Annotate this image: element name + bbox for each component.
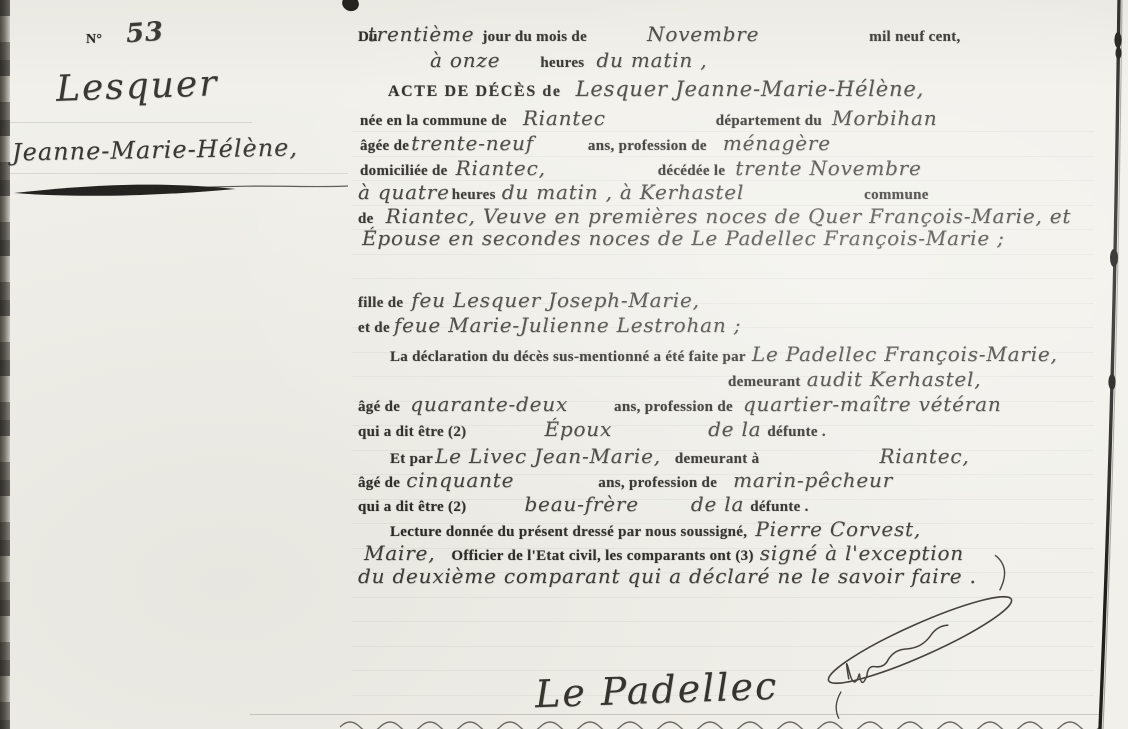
line-date-of-act: Dutrentièmejour du mois deNovembremil ne… bbox=[358, 22, 961, 46]
handwritten-text: Morbihan bbox=[832, 106, 937, 130]
handwritten-text: signé à l'exception bbox=[760, 541, 964, 565]
line-declarant2-age-profession: âgé decinquanteans, profession demarin-p… bbox=[358, 468, 893, 492]
handwritten-text: marin-pêcheur bbox=[733, 468, 893, 492]
printed-text: domiciliée de bbox=[360, 163, 448, 179]
line-declarant1-relation: qui a dit être (2)Épouxde ladéfunte . bbox=[358, 417, 826, 441]
handwritten-text: à onze bbox=[430, 48, 500, 72]
handwritten-text: Lesquer Jeanne-Marie-Hélène, bbox=[576, 77, 924, 101]
ruled-line bbox=[0, 122, 252, 123]
printed-text: jour du mois de bbox=[482, 29, 587, 45]
line-officiant: Maire,Officier de l'Etat civil, les comp… bbox=[364, 541, 964, 565]
printed-text: fille de bbox=[358, 295, 403, 311]
printed-text: de bbox=[358, 211, 374, 227]
act-number-value: 53 bbox=[125, 17, 165, 50]
handwritten-text: Novembre bbox=[647, 22, 759, 46]
margin-given-names: Jeanne-Marie-Hélène, bbox=[12, 134, 298, 167]
line-declarant2: Et parLe Livec Jean-Marie,demeurant àRia… bbox=[390, 444, 970, 468]
printed-text: heures bbox=[452, 187, 496, 203]
printed-text: demeurant à bbox=[675, 451, 760, 467]
printed-text: qui a dit être (2) bbox=[358, 499, 466, 515]
printed-text: âgé de bbox=[358, 399, 400, 415]
line-mother: et defeue Marie-Julienne Lestrohan ; bbox=[358, 313, 741, 337]
printed-text: défunte . bbox=[767, 424, 826, 440]
line-declaration: La déclaration du décès sus-mentionné a … bbox=[390, 342, 1058, 366]
handwritten-text: cinquante bbox=[406, 468, 514, 492]
handwritten-text: Époux bbox=[544, 417, 612, 441]
printed-text: La déclaration du décès sus-mentionné a … bbox=[390, 349, 746, 365]
handwritten-text: Maire, bbox=[364, 541, 435, 565]
printed-text: demeurant bbox=[728, 374, 801, 390]
printed-text: ans, profession de bbox=[598, 475, 717, 491]
line-declarant1-residence: demeurantaudit Kerhastel, bbox=[728, 367, 981, 391]
ruled-line bbox=[8, 173, 348, 174]
line-domicile-death-date: domiciliée deRiantec,décédée letrente No… bbox=[360, 156, 922, 180]
handwritten-text: trente Novembre bbox=[735, 156, 921, 180]
printed-text: ans, profession de bbox=[614, 399, 733, 415]
handwritten-text: ménagère bbox=[723, 131, 831, 155]
handwritten-text: quarante-deux bbox=[410, 392, 568, 416]
ruled-line bbox=[352, 254, 1094, 255]
printed-text: heures bbox=[540, 55, 584, 71]
printed-text: défunte . bbox=[750, 499, 809, 515]
register-binding bbox=[1088, 0, 1128, 729]
handwritten-text: quartier-maître vétéran bbox=[743, 392, 1002, 416]
line-marriage-second: Épouse en secondes noces de Le Padellec … bbox=[362, 226, 1005, 250]
margin-surname: Lesquer bbox=[55, 63, 219, 110]
printed-text: et de bbox=[358, 320, 390, 336]
ruled-line bbox=[352, 376, 1094, 377]
handwritten-text: Riantec bbox=[523, 106, 606, 130]
printed-text: ans, profession de bbox=[588, 138, 707, 154]
handwritten-text: du matin , à Kerhastel bbox=[502, 180, 744, 204]
printed-text: Lecture donnée du présent dressé par nou… bbox=[390, 524, 747, 540]
line-declarant1-age-profession: âgé dequarante-deuxans, profession dequa… bbox=[358, 392, 1002, 416]
printed-text: née en la commune de bbox=[360, 113, 507, 129]
handwritten-text: Épouse en secondes noces de Le Padellec … bbox=[362, 226, 1005, 250]
handwritten-text: Riantec, bbox=[879, 444, 969, 468]
line-age-profession: âgée detrente-neufans, profession deména… bbox=[360, 131, 831, 155]
printed-text: département du bbox=[716, 113, 822, 129]
printed-text: commune bbox=[864, 187, 929, 203]
printed-text: Officier de l'Etat civil, les comparants… bbox=[451, 548, 753, 564]
declarant-signature: Le Padellec bbox=[534, 664, 779, 716]
ruled-line bbox=[250, 714, 1100, 715]
handwritten-text: audit Kerhastel, bbox=[807, 367, 982, 391]
margin-flourish bbox=[8, 180, 353, 202]
ruled-line bbox=[352, 278, 1094, 279]
handwritten-text: feue Marie-Julienne Lestrohan ; bbox=[394, 313, 741, 337]
handwritten-text: Riantec, bbox=[456, 156, 546, 180]
line-marriage-first: deRiantec, Veuve en premières noces de Q… bbox=[358, 204, 1071, 228]
handwritten-text: du matin , bbox=[596, 48, 707, 72]
cutoff-handwriting-artifact bbox=[340, 716, 1120, 729]
mayor-signature-flourish bbox=[805, 585, 1035, 685]
line-hour-of-act: à onzeheuresdu matin , bbox=[430, 48, 707, 72]
printed-text: qui a dit être (2) bbox=[358, 424, 466, 440]
page-left-edge-shadow bbox=[0, 0, 10, 729]
line-father: fille defeu Lesquer Joseph-Marie, bbox=[358, 288, 700, 312]
handwritten-text: trentième bbox=[368, 22, 475, 46]
handwritten-text: de la bbox=[691, 492, 744, 516]
handwritten-text: Pierre Corvest, bbox=[755, 517, 921, 541]
printed-text: ACTE DE DÉCÈS de bbox=[388, 83, 562, 100]
handwritten-text: feu Lesquer Joseph-Marie, bbox=[411, 288, 699, 312]
handwritten-text: à quatre bbox=[358, 180, 450, 204]
printed-text: mil neuf cent, bbox=[869, 29, 960, 45]
handwritten-text: Riantec, Veuve en premières noces de Que… bbox=[386, 204, 1072, 228]
line-birthplace: née en la commune deRiantecdépartement d… bbox=[360, 106, 937, 130]
handwritten-text: Le Padellec François-Marie, bbox=[752, 342, 1058, 366]
ink-blot bbox=[340, 0, 361, 14]
handwritten-text: de la bbox=[708, 417, 761, 441]
handwritten-text: trente-neuf bbox=[411, 131, 534, 155]
line-act-title: ACTE DE DÉCÈS deLesquer Jeanne-Marie-Hél… bbox=[388, 77, 924, 101]
line-reading: Lecture donnée du présent dressé par nou… bbox=[390, 517, 921, 541]
scanned-register-page: N° 53 Lesquer Jeanne-Marie-Hélène, Dutre… bbox=[0, 0, 1128, 729]
line-declarant2-relation: qui a dit être (2)beau-frèrede ladéfunte… bbox=[358, 492, 809, 516]
printed-text: âgée de bbox=[360, 138, 409, 154]
line-death-hour-place: à quatreheuresdu matin , à Kerhastelcomm… bbox=[358, 180, 929, 204]
printed-text: âgé de bbox=[358, 475, 400, 491]
printed-text: Et par bbox=[390, 451, 433, 467]
handwritten-text: Le Livec Jean-Marie, bbox=[435, 444, 661, 468]
printed-text: décédée le bbox=[658, 163, 726, 179]
handwritten-text: beau-frère bbox=[524, 492, 638, 516]
act-number-label: N° bbox=[86, 32, 102, 48]
